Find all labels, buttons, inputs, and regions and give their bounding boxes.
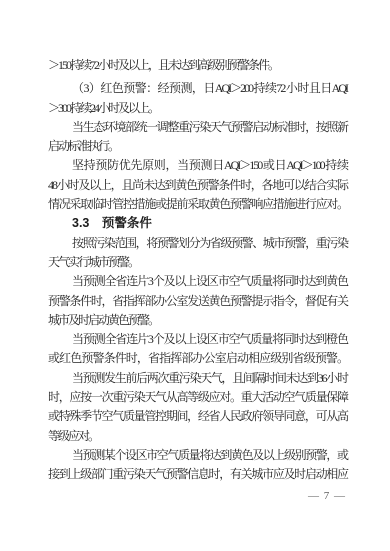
text-line: 启动标准执行。: [48, 137, 347, 156]
text-line: 时，应按一次重污染天气从高等级应对。重大活动空气质量保障: [48, 388, 347, 407]
text-line: （3）红色预警：经预测，日AQI＞200持续72小时且日AQI: [48, 79, 347, 98]
document-body: ＞150持续72小时及以上，且未达到高级别预警条件。（3）红色预警：经预测，日A…: [48, 56, 347, 485]
text-line: 当预测全省连片3个及以上设区市空气质量将同时达到橙色: [48, 330, 347, 349]
text-line: ＞300持续24小时及以上。: [48, 99, 347, 118]
text-line: 天气实行城市预警。: [48, 253, 347, 272]
text-line: 等级应对。: [48, 427, 347, 446]
text-line: 预警条件时，省指挥部办公室发送黄色预警提示指令，督促有关: [48, 292, 347, 311]
document-page: ＞150持续72小时及以上，且未达到高级别预警条件。（3）红色预警：经预测，日A…: [0, 0, 390, 551]
text-line: 当预测某个设区市空气质量将达到黄色及以上级别预警，或: [48, 446, 347, 465]
text-line: 按照污染范围，将预警划分为省级预警、城市预警，重污染: [48, 234, 347, 253]
text-line: 接到上级部门重污染天气预警信息时，有关城市应及时启动相应: [48, 465, 347, 484]
text-line: 当生态环境部统一调整重污染天气预警启动标准时，按照新: [48, 118, 347, 137]
text-line: 情况采取临时管控措施或提前采取黄色预警响应措施进行应对。: [48, 195, 347, 214]
text-line: 坚持预防优先原则，当预测日AQI＞150或日AQI＞100持续: [48, 156, 347, 175]
text-line: 或红色预警条件时，省指挥部办公室启动相应级别省级预警。: [48, 349, 347, 368]
text-line: 或特殊季节空气质量管控期间，经省人民政府领导同意，可从高: [48, 407, 347, 426]
section-heading: 3.3 预警条件: [48, 214, 347, 233]
text-line: ＞150持续72小时及以上，且未达到高级别预警条件。: [48, 56, 347, 75]
page-number: — 7 —: [308, 489, 346, 503]
text-line: 当预测发生前后两次重污染天气，且间隔时间未达到36小时: [48, 369, 347, 388]
text-line: 城市及时启动黄色预警。: [48, 311, 347, 330]
text-line: 48小时及以上，且尚未达到黄色预警条件时，各地可以结合实际: [48, 176, 347, 195]
text-line: 当预测全省连片3个及以上设区市空气质量将同时达到黄色: [48, 272, 347, 291]
